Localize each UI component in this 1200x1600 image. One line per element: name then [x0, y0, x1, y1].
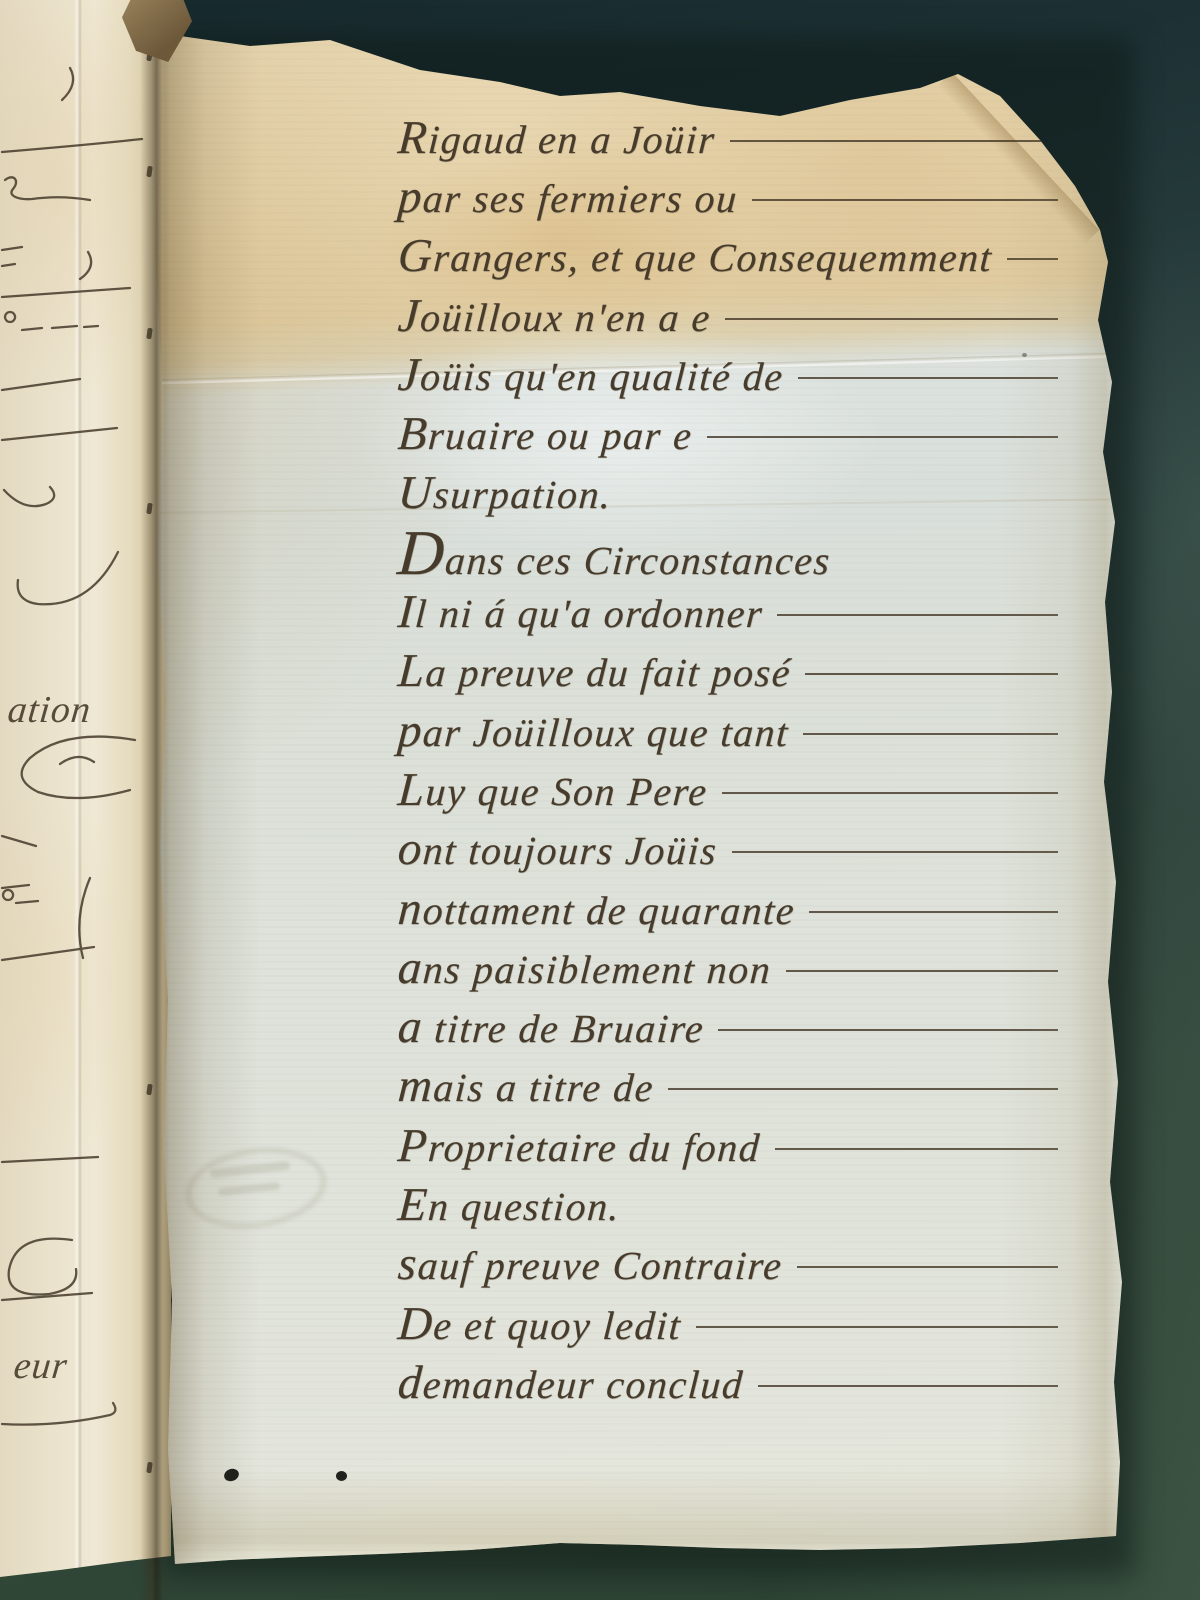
facing-page-word-fragment: ation: [6, 688, 94, 732]
manuscript-photo-scene: ation eur Rigaud en a Joüir par ses ferm…: [0, 0, 1200, 1600]
binding-gutter-shadow: [140, 0, 170, 1600]
page-edge-shading: [0, 0, 1200, 1600]
worm-hole: [336, 1471, 347, 1481]
paper-speck: [1022, 353, 1027, 357]
facing-page-word-fragment: eur: [12, 1344, 70, 1388]
manuscript-page: Rigaud en a Joüir par ses fermiers ou Gr…: [0, 0, 1200, 1600]
